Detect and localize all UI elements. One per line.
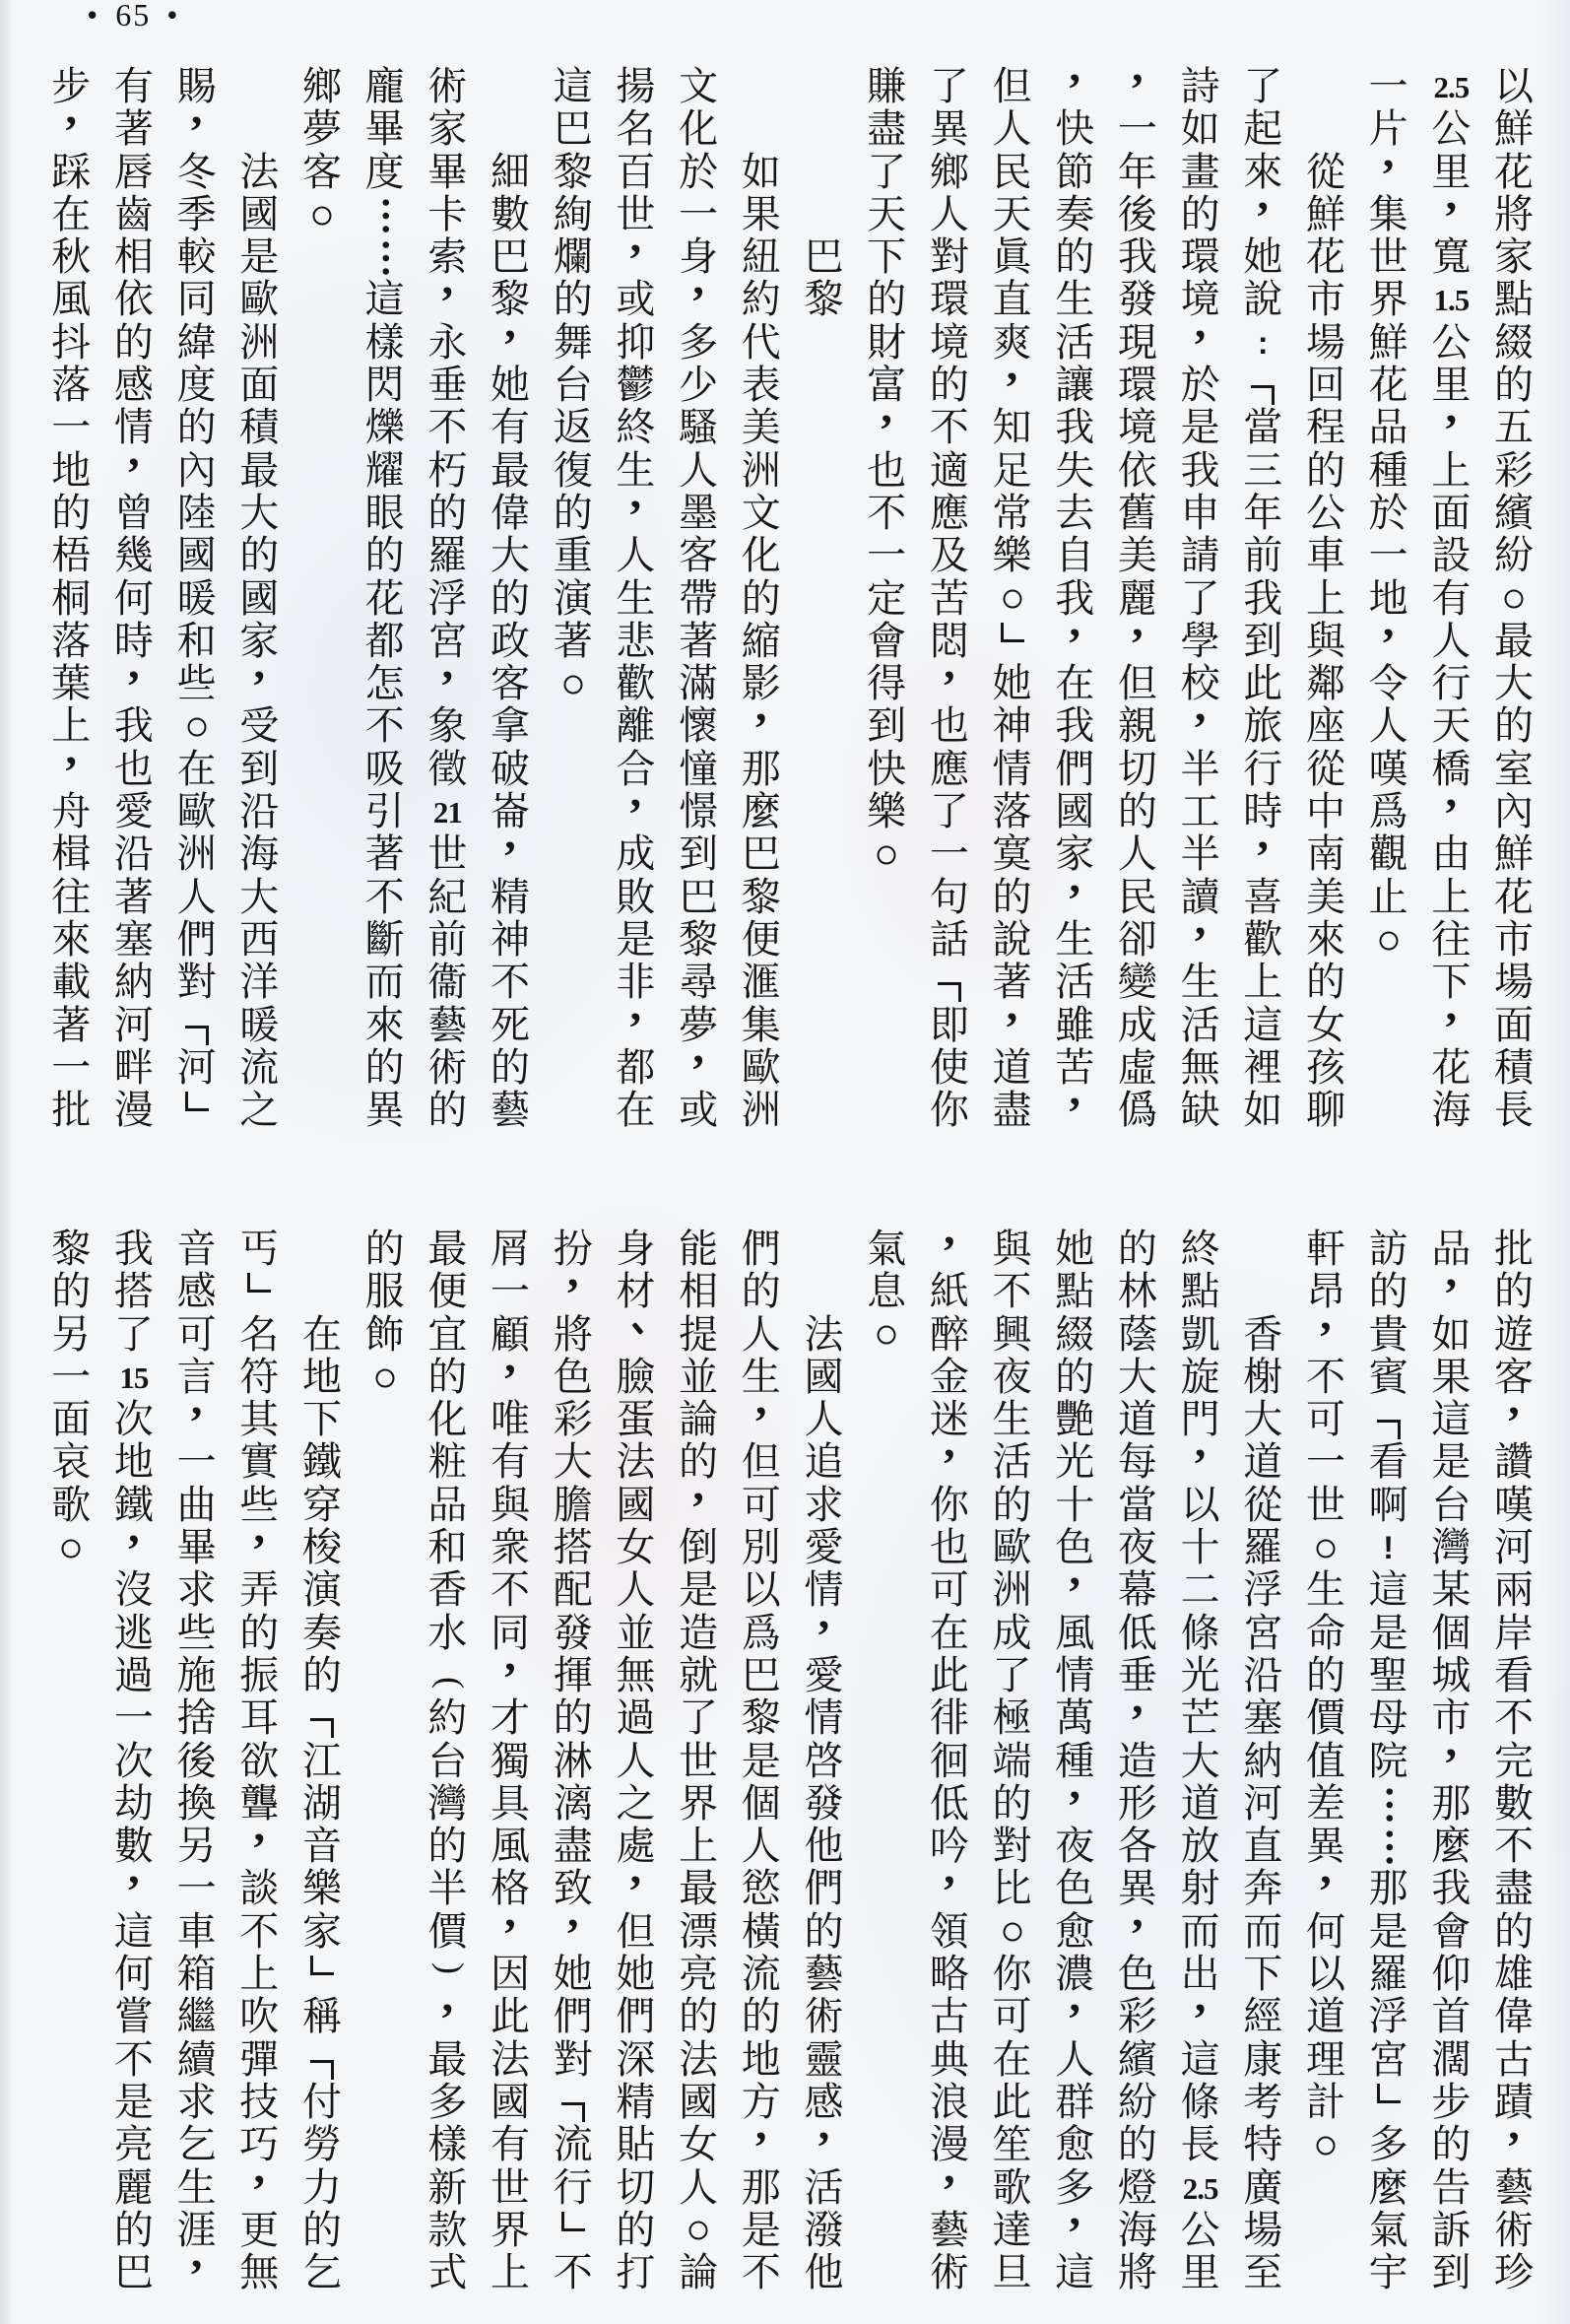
text-glyph: 巴 [740,833,783,876]
punctuation-glyph: ， [425,663,469,705]
text-glyph: 家 [1492,236,1536,279]
text-glyph: 此 [928,1655,971,1697]
text-glyph: 宇 [1367,2252,1410,2294]
text-glyph: 女 [614,1527,657,1569]
text-glyph: 與 [489,1485,532,1527]
text-glyph: 將 [1492,194,1536,236]
text-glyph: 花 [1492,877,1536,919]
punctuation-glyph: ， [614,236,657,279]
text-glyph: 國 [237,578,281,621]
text-column: 龐畢度……這樣閃爍耀眼的花都怎不吸引著不斷而來的異 [354,66,417,1132]
text-glyph: 設 [1429,535,1472,577]
text-glyph: 世 [425,833,469,876]
text-glyph: 集 [1367,194,1410,236]
text-glyph: 如 [1241,1090,1284,1132]
text-glyph: 徘 [928,1697,971,1740]
text-column: 音感可言，一曲畢求些施捨後換另一車箱繼續求乞生涯， [165,1228,229,2294]
punctuation-glyph: ， [1053,621,1096,663]
text-glyph: 河 [112,1005,156,1047]
text-glyph: 便 [740,919,783,962]
text-glyph: 興 [991,1314,1034,1357]
text-glyph: 也 [112,749,156,791]
text-glyph: 這 [363,279,407,321]
text-glyph: 飾 [363,1314,407,1357]
text-glyph: 成 [1116,1005,1159,1047]
text-glyph: 鄰 [1304,663,1347,705]
text-glyph: 的 [1367,1271,1410,1313]
text-glyph: 換 [175,1783,219,1826]
text-glyph: 當 [1116,1485,1159,1527]
text-glyph: 浮 [1241,1569,1284,1612]
text-glyph: 求 [802,1485,845,1527]
text-glyph: 我 [1179,450,1222,493]
text-glyph: 他 [802,1826,845,1868]
text-glyph: 的 [677,1996,720,2038]
text-glyph: 河 [1492,1527,1536,1569]
text-glyph: 起 [1241,108,1284,151]
text-glyph: 抖 [49,322,93,365]
text-glyph: 術 [425,66,469,108]
text-glyph: 神 [991,705,1034,748]
text-glyph: 旅 [1241,705,1284,748]
text-glyph: 人 [1429,621,1472,663]
text-glyph: 廣 [1241,2167,1284,2210]
text-glyph: 的 [1179,194,1222,236]
text-glyph: 塞 [112,919,156,962]
indent-space [300,1271,344,1313]
text-glyph: 有 [1429,578,1472,621]
text-glyph: 林 [1116,1271,1159,1313]
text-glyph: 唇 [112,152,156,194]
text-glyph: 另 [49,1314,93,1357]
text-glyph: 步 [1429,2082,1472,2124]
text-glyph: 界 [1367,279,1410,321]
text-glyph: 墨 [677,493,720,535]
text-glyph: 精 [614,2082,657,2124]
text-glyph: 少 [677,365,720,407]
text-glyph: 衞 [425,962,469,1004]
text-glyph: 何 [112,1954,156,1996]
text-glyph: 十 [1179,1527,1222,1569]
text-glyph: 歐 [740,1047,783,1090]
punctuation-glyph: ， [552,1271,595,1313]
text-glyph: 偉 [1492,1996,1536,2038]
text-glyph: 實 [237,1441,281,1484]
text-glyph: 大 [237,877,281,919]
text-glyph: 果 [1429,1357,1472,1399]
text-glyph: 造 [677,1613,720,1655]
text-glyph: 他 [802,2252,845,2294]
text-glyph: 雄 [1492,1954,1536,1996]
text-glyph: 國 [489,2082,532,2124]
punctuation-glyph: ， [614,493,657,535]
punctuation-glyph: ， [740,2124,783,2166]
text-glyph: 人 [928,194,971,236]
punctuation-glyph: ， [175,1399,219,1441]
text-glyph: 點 [1053,1271,1096,1313]
punctuation-glyph: 」 [300,1954,344,1996]
text-glyph: 愛 [802,1655,845,1697]
text-glyph: 上 [1304,578,1347,621]
punctuation-glyph: ， [740,705,783,748]
text-glyph: 到 [1241,621,1284,663]
text-glyph: 追 [802,1441,845,1484]
text-glyph: 去 [1053,493,1096,535]
text-glyph: 夢 [300,108,344,151]
indent-space [300,1228,344,1271]
text-glyph: 從 [1241,1485,1284,1527]
text-glyph: 紀 [425,877,469,919]
text-glyph: 道 [1179,1783,1222,1826]
text-glyph: 的 [865,279,908,321]
text-glyph: 中 [1304,791,1347,833]
text-glyph: 下 [1241,1954,1284,1996]
text-glyph: 對 [991,1826,1034,1868]
text-glyph: 的 [363,535,407,577]
text-glyph: 芒 [1179,1697,1222,1740]
text-column: 賜，冬季較同緯度的內陸國暖和些。在歐洲人們對「河」 [165,66,229,1132]
text-glyph: 相 [112,236,156,279]
text-glyph: 道 [1241,1441,1284,1484]
text-glyph: 最 [1492,621,1536,663]
punctuation-glyph: ， [928,1868,971,1910]
text-glyph: 們 [802,1868,845,1910]
text-glyph: 年 [1116,152,1159,194]
text-glyph: 賺 [865,66,908,108]
punctuation-glyph: ， [489,1357,532,1399]
text-glyph: 談 [237,1868,281,1910]
text-glyph: 夜 [991,1357,1034,1399]
text-glyph: 人 [991,108,1034,151]
text-glyph: 里 [1179,2252,1222,2294]
text-glyph: 考 [1241,2082,1284,2124]
text-glyph: 那 [740,2167,783,2210]
text-glyph: 在 [300,1314,344,1357]
text-glyph: 境 [1116,407,1159,449]
text-glyph: 繽 [1116,2039,1159,2082]
text-column: 屑一顧，唯有與衆不同，才獨具風格，因此法國有世界上 [479,1228,542,2294]
text-glyph: 世 [489,2167,532,2210]
text-glyph: 2.5 [1429,66,1472,108]
text-glyph: 貴 [1367,1314,1410,1357]
text-glyph: 車 [1304,535,1347,577]
text-glyph: 憬 [677,791,720,833]
text-glyph: 集 [740,1005,783,1047]
text-glyph: 的 [1053,1357,1096,1399]
text-glyph: 於 [1367,493,1410,535]
punctuation-glyph: ， [1429,791,1472,833]
text-glyph: 的 [991,1783,1034,1826]
punctuation-glyph: ， [1429,1741,1472,1783]
text-glyph: 活 [1053,962,1096,1004]
punctuation-glyph: 。 [1304,2124,1347,2166]
text-glyph: 乞 [175,2124,219,2166]
punctuation-glyph: ， [1179,1441,1222,1484]
text-glyph: 巴 [802,236,845,279]
punctuation-glyph: ， [175,108,219,151]
text-glyph: 後 [1116,194,1159,236]
text-glyph: 悲 [614,621,657,663]
text-glyph: 達 [991,2210,1034,2252]
text-glyph: 句 [928,877,971,919]
text-glyph: 的 [425,493,469,535]
punctuation-glyph: ， [489,833,532,876]
text-glyph: 果 [740,194,783,236]
text-column: ，快節奏的生活讓我失去自我，在我們國家，生活雖苦， [1043,66,1106,1132]
text-glyph: 了 [865,152,908,194]
text-glyph: 女 [677,2124,720,2166]
text-glyph: 是 [1367,1911,1410,1954]
text-glyph: 地 [112,1441,156,1484]
punctuation-glyph: ， [552,1911,595,1954]
text-glyph: 符 [237,1357,281,1399]
text-glyph: 幕 [1116,1569,1159,1612]
text-glyph: 彩 [552,1399,595,1441]
text-glyph: 場 [1492,962,1536,1004]
text-glyph: 受 [237,705,281,748]
text-glyph: 活 [802,2167,845,2210]
text-glyph: 國 [175,535,219,577]
text-glyph: 啓 [802,1741,845,1783]
text-glyph: 式 [425,2252,469,2294]
text-glyph: 了 [928,791,971,833]
text-glyph: 水 [425,1613,469,1655]
text-glyph: 夜 [1053,1826,1096,1868]
text-glyph: 精 [489,877,532,919]
text-glyph: 復 [552,450,595,493]
punctuation-glyph: ， [1492,1399,1536,1441]
text-glyph: 嘆 [1367,749,1410,791]
text-glyph: 人 [175,877,219,919]
punctuation-glyph: … [363,194,407,236]
text-glyph: 客 [677,535,720,577]
text-glyph: 愛 [112,791,156,833]
text-glyph: 付 [300,2082,344,2124]
text-glyph: 的 [740,578,783,621]
punctuation-glyph: 」 [552,2210,595,2252]
text-glyph: 了 [1241,66,1284,108]
text-glyph: 以 [1179,1485,1222,1527]
text-glyph: 政 [489,621,532,663]
text-glyph: 洋 [237,962,281,1004]
text-glyph: 年 [1241,493,1284,535]
text-column: 最便宜的化粧品和香水（約台灣的半價），最多樣新款式 [416,1228,479,2294]
text-glyph: 上 [1429,877,1472,919]
text-glyph: 天 [991,194,1034,236]
text-glyph: 光 [1179,1655,1222,1697]
text-column: 終點凱旋門，以十二條光芒大道放射而出，這條長2.5公里 [1169,1228,1232,2294]
text-glyph: 依 [1116,450,1159,493]
page-number: • 65 • [87,0,179,33]
text-glyph: 批 [49,1090,93,1132]
text-glyph: 閃 [363,365,407,407]
text-glyph: 裡 [1241,1047,1284,1090]
text-glyph: 的 [1053,236,1096,279]
text-glyph: 也 [928,1527,971,1569]
text-column: 2.5公里，寬1.5公里，上面設有人行天橋，由上往下，花海 [1419,66,1482,1132]
text-glyph: 是 [740,1741,783,1783]
text-glyph: 耳 [237,1697,281,1740]
text-glyph: 是 [614,919,657,962]
text-glyph: 客 [489,663,532,705]
text-glyph: 揮 [552,1655,595,1697]
text-glyph: 臉 [614,1357,657,1399]
text-glyph: 濶 [1429,2039,1472,2082]
text-glyph: 人 [614,535,657,577]
text-glyph: 但 [614,1911,657,1954]
text-glyph: 無 [237,2252,281,2294]
text-glyph: 不 [363,705,407,748]
text-glyph: 舊 [1116,493,1159,535]
text-glyph: 可 [740,1485,783,1527]
text-glyph: 光 [1053,1441,1096,1484]
text-column: 但人民天眞直爽，知足常樂。」她神情落寞的說著，道盡 [981,66,1044,1132]
text-glyph: 歌 [49,1485,93,1527]
text-glyph: 羅 [1367,1954,1410,1996]
text-glyph: 理 [1304,2039,1347,2082]
text-glyph: 化 [740,535,783,577]
punctuation-glyph: 。 [865,1314,908,1357]
text-glyph: 你 [928,1090,971,1132]
text-glyph: 最 [425,2039,469,2082]
text-glyph: 種 [1367,450,1410,493]
text-glyph: 榭 [1241,1357,1284,1399]
text-glyph: 發 [552,1613,595,1655]
text-glyph: 台 [1429,1485,1472,1527]
punctuation-glyph: ， [802,1613,845,1655]
text-glyph: 暖 [175,578,219,621]
text-glyph: 美 [740,407,783,449]
text-glyph: 到 [677,833,720,876]
text-glyph: 的 [49,1271,93,1313]
text-column: 們的人生，但可別以爲巴黎是個人慾橫流的地方，那是不 [730,1228,793,2294]
punctuation-glyph: ， [677,279,720,321]
punctuation-glyph: ， [237,1527,281,1569]
text-glyph: 觀 [1367,833,1410,876]
text-glyph: 她 [489,365,532,407]
text-glyph: 家 [300,1911,344,1954]
text-glyph: 大 [1116,1357,1159,1399]
indent-space [1304,66,1347,108]
text-glyph: 前 [425,919,469,962]
text-glyph: 著 [112,108,156,151]
text-glyph: 不 [865,493,908,535]
text-glyph: 讓 [1053,365,1096,407]
text-glyph: 慾 [740,1868,783,1910]
text-glyph: 仰 [1429,1954,1472,1996]
text-column: 訪的貴賓「看啊！這是聖母院……那是羅浮宮」多麼氣宇 [1357,1228,1420,2294]
text-glyph: 材 [614,1271,657,1313]
text-glyph: 或 [677,1090,720,1132]
text-glyph: 是 [237,236,281,279]
punctuation-glyph: ， [991,365,1034,407]
punctuation-glyph: ， [1179,322,1222,365]
text-glyph: 巴 [677,877,720,919]
text-glyph: 節 [1053,152,1096,194]
text-glyph: 人 [1367,705,1410,748]
text-glyph: 敗 [614,877,657,919]
text-glyph: 縮 [740,621,783,663]
text-glyph: 最 [489,450,532,493]
text-glyph: 會 [865,621,908,663]
text-glyph: 直 [991,279,1034,321]
text-glyph: 一 [865,535,908,577]
text-glyph: 她 [1053,1228,1096,1271]
text-glyph: 術 [928,2252,971,2294]
text-glyph: 來 [49,919,93,962]
text-glyph: 香 [1241,1314,1284,1357]
text-glyph: 氣 [865,1228,908,1271]
text-glyph: 氣 [1367,2210,1410,2252]
text-column: 批的遊客，讚嘆河兩岸看不完數不盡的雄偉古蹟，藝術珍 [1482,1228,1545,2294]
text-glyph: 息 [865,1271,908,1313]
text-glyph: 之 [237,1090,281,1132]
text-glyph: 適 [928,450,971,493]
text-glyph: 求 [175,2082,219,2124]
text-glyph: 一 [49,1047,93,1090]
text-glyph: 重 [552,535,595,577]
punctuation-glyph: ！ [1367,1527,1410,1569]
text-glyph: 技 [237,2082,281,2124]
text-glyph: 環 [1179,236,1222,279]
text-glyph: 們 [552,1996,595,2038]
text-column: 一片，集世界鮮花品種於一地，令人嘆爲觀止。 [1357,66,1420,962]
text-glyph: 並 [677,1357,720,1399]
text-glyph: 過 [614,1697,657,1740]
text-glyph: 讚 [1492,1441,1536,1484]
text-glyph: 完 [1492,1741,1536,1783]
text-glyph: 丐 [237,1228,281,1271]
text-glyph: 梧 [49,535,93,577]
text-glyph: 歐 [175,791,219,833]
text-glyph: 的 [237,535,281,577]
punctuation-glyph: ， [489,1911,532,1954]
text-glyph: 論 [677,2252,720,2294]
text-glyph: 藝 [928,2210,971,2252]
text-glyph: 納 [112,962,156,1004]
text-glyph: 藝 [802,1954,845,1996]
text-glyph: 亮 [112,2124,156,2166]
text-glyph: 我 [1429,1868,1472,1910]
text-glyph: 說 [1241,279,1284,321]
text-glyph: 值 [1304,1741,1347,1783]
text-glyph: 群 [1053,2082,1096,2124]
text-glyph: 到 [1429,2252,1472,2294]
text-glyph: 不 [237,1911,281,1954]
punctuation-glyph: ， [1053,2210,1096,2252]
text-glyph: 的 [175,407,219,449]
text-glyph: 台 [552,365,595,407]
text-glyph: 名 [614,108,657,151]
text-glyph: 藝 [1492,2167,1536,2210]
indent-space [740,108,783,151]
text-glyph: 音 [300,1826,344,1868]
text-glyph: 流 [740,1954,783,1996]
punctuation-glyph: … [363,236,407,279]
text-glyph: 麗 [112,2167,156,2210]
text-glyph: 我 [1241,578,1284,621]
text-glyph: 天 [865,194,908,236]
text-glyph: 是 [740,2210,783,2252]
text-column: 她點綴的艷光十色，風情萬種，夜色愈濃，人群愈多，這 [1043,1228,1106,2294]
punctuation-glyph: ， [1053,1996,1096,2038]
text-glyph: 切 [614,2167,657,2210]
text-glyph: 嘗 [112,1996,156,2038]
text-glyph: 切 [1116,749,1159,791]
text-glyph: 爛 [552,236,595,279]
text-glyph: 南 [1304,833,1347,876]
text-glyph: 親 [1116,705,1159,748]
